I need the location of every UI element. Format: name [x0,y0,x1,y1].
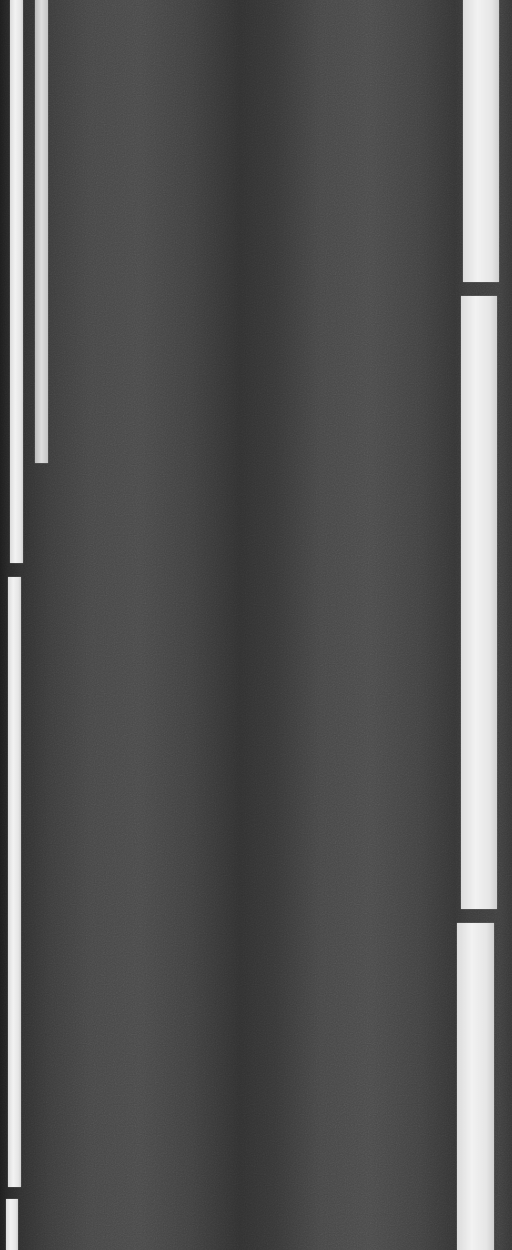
left-edge-marking [8,577,21,1187]
right-lane-marking [457,923,494,1250]
left-edge-marking [10,0,23,563]
left-inner-marking [35,0,48,463]
right-lane-marking [463,0,499,282]
asphalt-texture [0,0,512,1250]
right-lane-marking [461,296,497,909]
road-photo [0,0,512,1250]
left-edge-marking [6,1199,18,1250]
